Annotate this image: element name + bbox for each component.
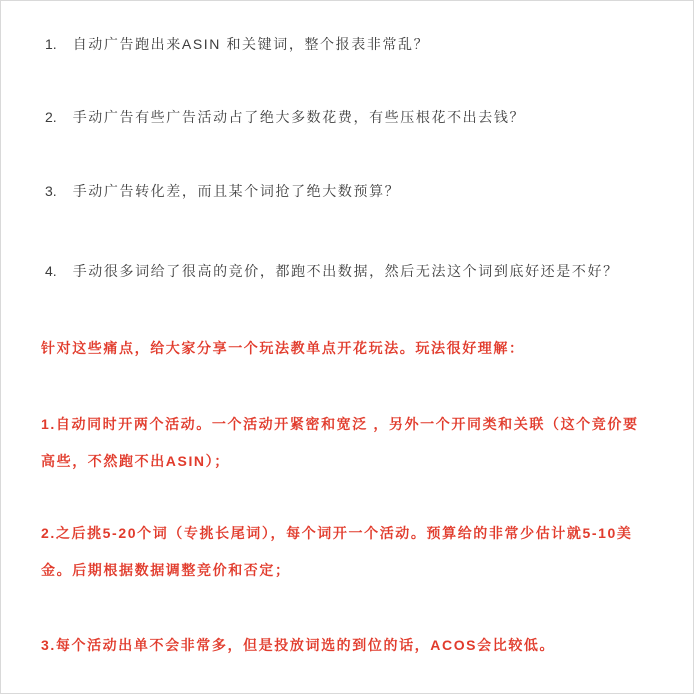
pain-point-text: 手动广告转化差，而且某个词抢了绝大数预算？ [73, 183, 401, 199]
solution-step-line: 金。后期根据数据调整竞价和否定； [41, 562, 633, 599]
solution-step-3: 3.每个活动出单不会非常多，但是投放词选的到位的话，ACOS会比较低。 [41, 637, 555, 674]
pain-point-number: 1. [45, 36, 57, 52]
solution-step-line: 高些，不然跑不出ASIN）； [41, 453, 639, 490]
solution-step-line: 2.之后挑5-20个词（专挑长尾词），每个词开一个活动。预算给的非常少估计就5-… [41, 525, 633, 562]
pain-point-text: 手动广告有些广告活动占了绝大多数花费，有些压根花不出去钱？ [73, 109, 525, 125]
pain-point-number: 2. [45, 109, 57, 125]
solution-step-2: 2.之后挑5-20个词（专挑长尾词），每个词开一个活动。预算给的非常少估计就5-… [41, 525, 633, 599]
solution-step-1: 1.自动同时开两个活动。一个活动开紧密和宽泛 ，另外一个开同类和关联（这个竞价要… [41, 416, 639, 490]
pain-point-item-3: 3.手动广告转化差，而且某个词抢了绝大数预算？ [45, 181, 400, 201]
solution-step-line: 1.自动同时开两个活动。一个活动开紧密和宽泛 ，另外一个开同类和关联（这个竞价要 [41, 416, 639, 453]
pain-point-text: 自动广告跑出来ASIN 和关键词，整个报表非常乱？ [73, 36, 430, 52]
pain-point-text: 手动很多词给了很高的竞价，都跑不出数据，然后无法这个词到底好还是不好？ [73, 263, 619, 279]
pain-point-item-1: 1.自动广告跑出来ASIN 和关键词，整个报表非常乱？ [45, 34, 429, 54]
pain-point-item-2: 2.手动广告有些广告活动占了绝大多数花费，有些压根花不出去钱？ [45, 107, 525, 127]
pain-point-number: 4. [45, 263, 57, 279]
document-body: 1.自动广告跑出来ASIN 和关键词，整个报表非常乱？ 2.手动广告有些广告活动… [1, 1, 693, 693]
pain-point-item-4: 4.手动很多词给了很高的竞价，都跑不出数据，然后无法这个词到底好还是不好？ [45, 261, 619, 281]
pain-point-number: 3. [45, 183, 57, 199]
solution-step-line: 3.每个活动出单不会非常多，但是投放词选的到位的话，ACOS会比较低。 [41, 637, 555, 674]
document-page: { "page": { "background": "#ffffff", "bo… [0, 0, 694, 694]
solution-intro: 针对这些痛点，给大家分享一个玩法教单点开花玩法。玩法很好理解： [41, 338, 525, 358]
